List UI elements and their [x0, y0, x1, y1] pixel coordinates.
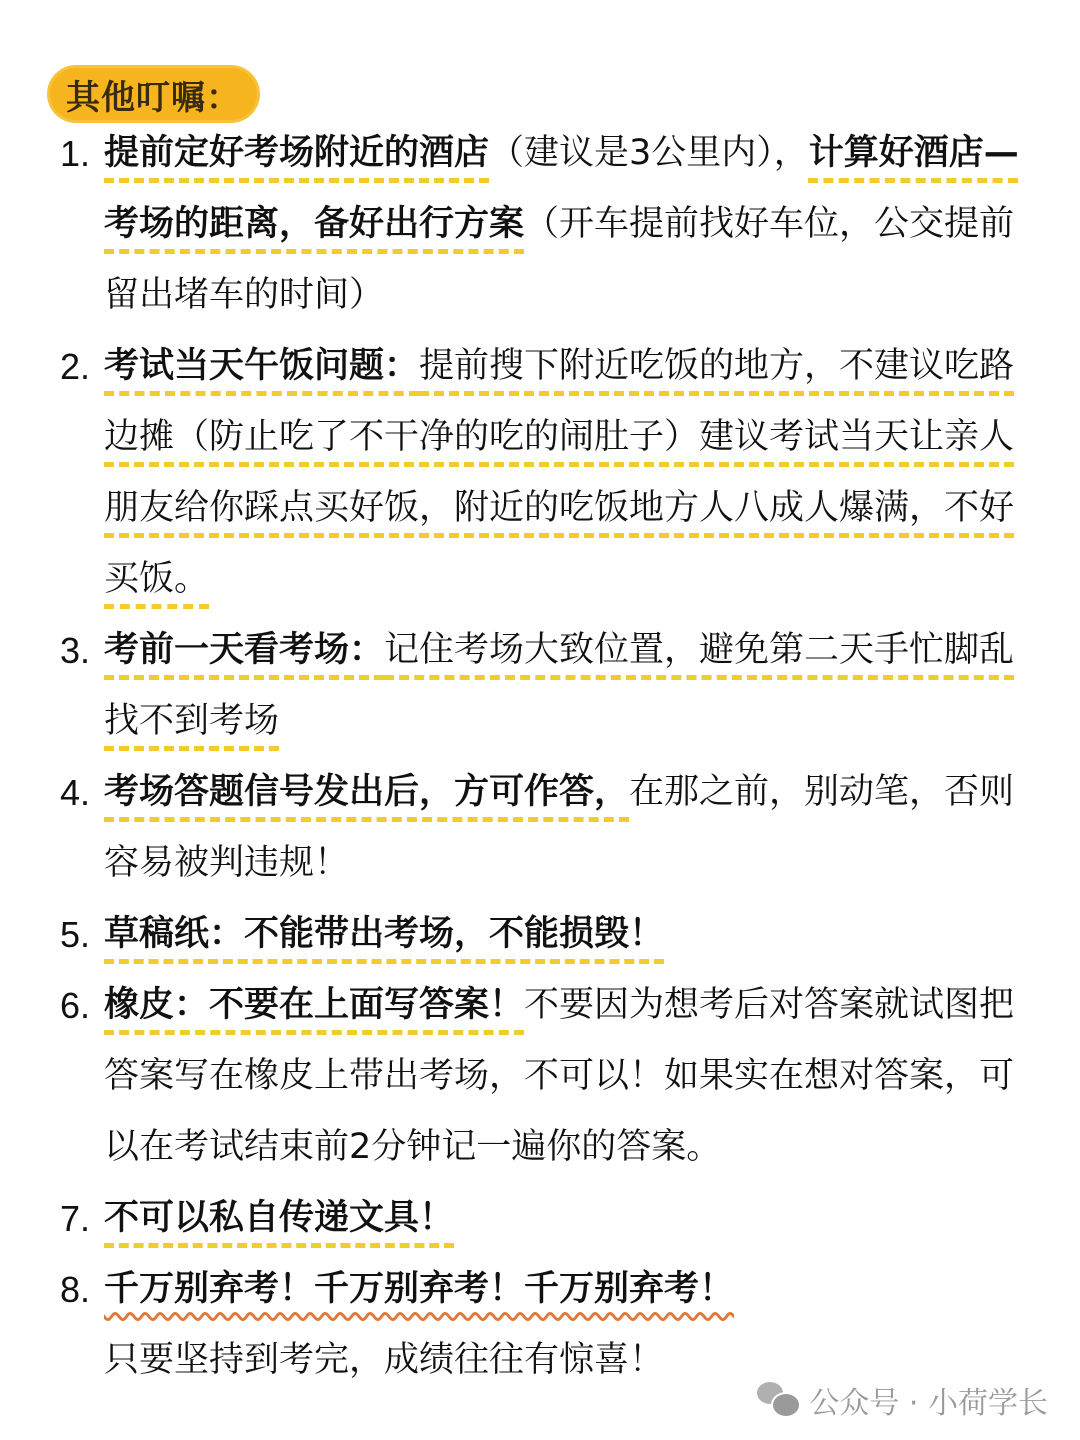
item-number: 7. [60, 1183, 104, 1254]
item-body: 考场答题信号发出后，方可作答，在那之前，别动笔，否则容易被判违规！ [104, 757, 1035, 899]
list-item: 6. 橡皮：不要在上面写答案！不要因为想考后对答案就试图把答案写在橡皮上带出考场… [60, 970, 1035, 1183]
item-segment: 考前一天看考场： [104, 630, 384, 670]
item-body: 草稿纸：不能带出考场，不能损毁！ [104, 899, 1035, 970]
list-item: 5. 草稿纸：不能带出考场，不能损毁！ [60, 899, 1035, 970]
item-number: 6. [60, 970, 104, 1183]
item-body: 橡皮：不要在上面写答案！不要因为想考后对答案就试图把答案写在橡皮上带出考场，不可… [104, 970, 1035, 1183]
list-item: 7. 不可以私自传递文具！ [60, 1183, 1035, 1254]
item-segment: （建议是3公里内）， [489, 133, 809, 173]
item-number: 4. [60, 757, 104, 899]
list-item: 8. 千万别弃考！千万别弃考！千万别弃考！ 只要坚持到考完，成绩往往有惊喜！ [60, 1254, 1035, 1396]
list-item: 3. 考前一天看考场：记住考场大致位置，避免第二天手忙脚乱找不到考场 [60, 615, 1035, 757]
item-segment: 考试当天午饭问题： [104, 346, 419, 386]
item-segment: 草稿纸：不能带出考场，不能损毁！ [104, 914, 664, 954]
item-segment: 不可以私自传递文具！ [104, 1198, 454, 1238]
item-body: 千万别弃考！千万别弃考！千万别弃考！ 只要坚持到考完，成绩往往有惊喜！ [104, 1254, 1035, 1396]
reminder-list: 1. 提前定好考场附近的酒店（建议是3公里内），计算好酒店—考场的距离，备好出行… [60, 118, 1035, 1396]
item-body: 不可以私自传递文具！ [104, 1183, 1035, 1254]
item-body: 考前一天看考场：记住考场大致位置，避免第二天手忙脚乱找不到考场 [104, 615, 1035, 757]
section-title: 其他叮嘱： [66, 70, 241, 119]
item-number: 1. [60, 118, 104, 331]
item-number: 2. [60, 331, 104, 615]
item-segment: 提前定好考场附近的酒店 [104, 133, 489, 173]
wechat-icon [757, 1382, 799, 1418]
list-item: 4. 考场答题信号发出后，方可作答，在那之前，别动笔，否则容易被判违规！ [60, 757, 1035, 899]
item-segment: 千万别弃考！千万别弃考！千万别弃考！ [104, 1269, 734, 1309]
item-body: 考试当天午饭问题：提前搜下附近吃饭的地方，不建议吃路边摊（防止吃了不干净的吃的闹… [104, 331, 1035, 615]
item-body: 提前定好考场附近的酒店（建议是3公里内），计算好酒店—考场的距离，备好出行方案（… [104, 118, 1035, 331]
item-segment: 考场答题信号发出后，方可作答， [104, 772, 629, 812]
section-title-badge: 其他叮嘱： [50, 68, 257, 120]
item-number: 5. [60, 899, 104, 970]
list-item: 2. 考试当天午饭问题：提前搜下附近吃饭的地方，不建议吃路边摊（防止吃了不干净的… [60, 331, 1035, 615]
item-number: 3. [60, 615, 104, 757]
watermark: 公众号 · 小荷学长 [757, 1378, 1048, 1422]
list-item: 1. 提前定好考场附近的酒店（建议是3公里内），计算好酒店—考场的距离，备好出行… [60, 118, 1035, 331]
item-number: 8. [60, 1254, 104, 1396]
watermark-text: 公众号 · 小荷学长 [809, 1378, 1048, 1422]
item-segment: 橡皮：不要在上面写答案！ [104, 985, 524, 1025]
